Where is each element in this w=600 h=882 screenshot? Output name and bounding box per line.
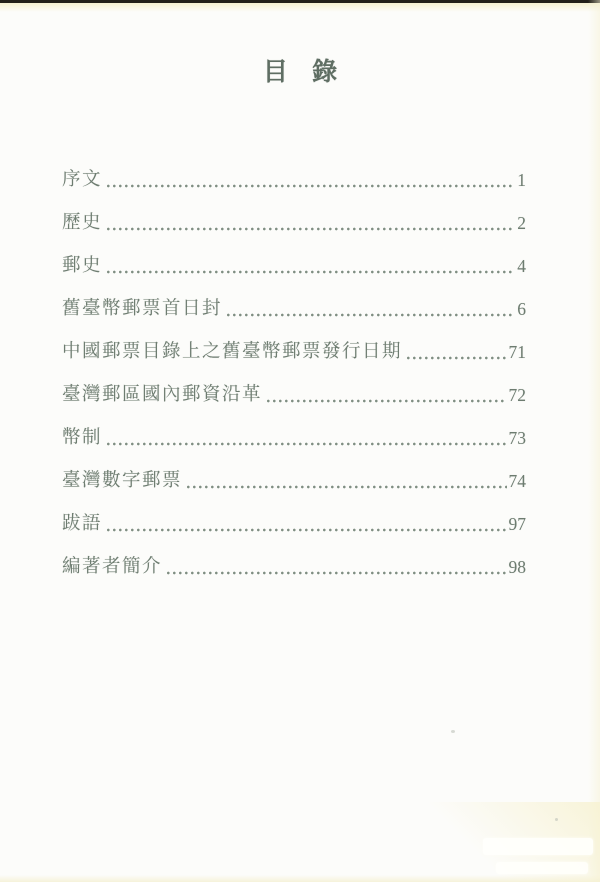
- table-of-contents: 序文1歷史2郵史4舊臺幣郵票首日封6中國郵票目錄上之舊臺幣郵票發行日期71臺灣郵…: [62, 160, 526, 590]
- toc-entry: 臺灣郵區國內郵資沿革72: [62, 375, 526, 418]
- toc-entry-label: 序文: [62, 165, 102, 191]
- toc-entry: 臺灣數字郵票74: [62, 461, 526, 504]
- watermark-line: [483, 838, 593, 855]
- toc-entry-label: 臺灣郵區國內郵資沿革: [62, 380, 262, 406]
- toc-entry-label: 幣制: [62, 423, 102, 449]
- toc-entry-page-number: 1: [517, 170, 526, 191]
- toc-entry-page-number: 74: [509, 471, 527, 492]
- watermark-line: [496, 862, 588, 874]
- toc-entry-page-number: 6: [517, 299, 526, 320]
- toc-entry: 郵史4: [62, 246, 526, 289]
- toc-dotted-leader: [107, 442, 506, 446]
- toc-entry-page-number: 72: [509, 385, 527, 406]
- toc-entry-label: 臺灣數字郵票: [62, 466, 182, 492]
- scan-right-edge-tint: [588, 0, 600, 882]
- toc-entry-page-number: 73: [509, 428, 527, 449]
- toc-entry: 幣制73: [62, 418, 526, 461]
- toc-entry: 中國郵票目錄上之舊臺幣郵票發行日期71: [62, 332, 526, 375]
- toc-dotted-leader: [107, 227, 515, 231]
- toc-entry: 歷史2: [62, 203, 526, 246]
- page-title: 目 錄: [0, 52, 600, 88]
- toc-entry-label: 中國郵票目錄上之舊臺幣郵票發行日期: [62, 337, 402, 363]
- toc-entry-page-number: 98: [509, 557, 527, 578]
- toc-dotted-leader: [267, 399, 506, 403]
- scan-speck: [451, 730, 455, 733]
- toc-entry: 編著者簡介98: [62, 547, 526, 590]
- toc-dotted-leader: [227, 313, 515, 317]
- toc-entry-label: 編著者簡介: [62, 552, 162, 578]
- toc-dotted-leader: [107, 528, 506, 532]
- toc-entry-page-number: 4: [517, 256, 526, 277]
- toc-entry-label: 歷史: [62, 208, 102, 234]
- toc-entry-page-number: 97: [509, 514, 527, 535]
- toc-entry: 序文1: [62, 160, 526, 203]
- toc-entry: 舊臺幣郵票首日封6: [62, 289, 526, 332]
- scan-speck: [555, 818, 558, 821]
- toc-entry: 跋語97: [62, 504, 526, 547]
- toc-entry-label: 舊臺幣郵票首日封: [62, 294, 222, 320]
- scan-top-tint: [0, 3, 600, 12]
- toc-dotted-leader: [107, 184, 515, 188]
- toc-entry-page-number: 2: [517, 213, 526, 234]
- toc-entry-label: 郵史: [62, 251, 102, 277]
- toc-dotted-leader: [107, 270, 515, 274]
- watermark: [450, 822, 600, 882]
- toc-dotted-leader: [407, 356, 506, 360]
- toc-entry-page-number: 71: [509, 342, 527, 363]
- toc-dotted-leader: [187, 485, 506, 489]
- toc-dotted-leader: [167, 571, 506, 575]
- toc-entry-label: 跋語: [62, 509, 102, 535]
